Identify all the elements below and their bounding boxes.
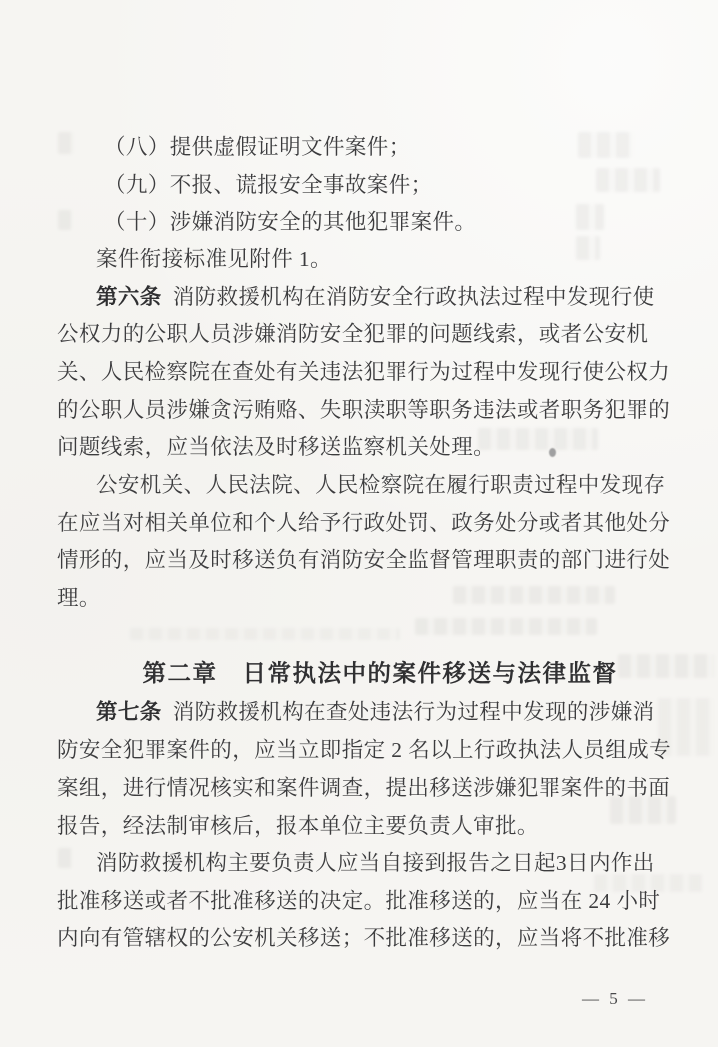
article-7-line-1: 第七条消防救援机构在查处违法行为过程中发现的涉嫌消: [96, 698, 655, 726]
article-7-number: 第七条: [96, 700, 162, 724]
bleed-through-mark: [58, 132, 74, 154]
attachment-note-line: 案件衔接标准见附件 1。: [96, 245, 332, 273]
bleed-through-mark: [576, 236, 600, 260]
article-7-line-2: 防安全犯罪案件的，应当立即指定 2 名以上行政执法人员组成专: [57, 736, 671, 764]
bleed-through-mark: [58, 210, 72, 230]
article-6-para-2-line-1: 公安机关、人民法院、人民检察院在履行职责过程中发现存: [96, 471, 665, 499]
bleed-through-mark: [453, 586, 615, 604]
ink-speck: [549, 448, 556, 457]
page-number: — 5 —: [582, 989, 648, 1009]
list-item-ten: （十）涉嫌消防安全的其他犯罪案件。: [104, 208, 476, 236]
article-6-line-1-text: 消防救援机构在消防安全行政执法过程中发现行使: [173, 285, 655, 309]
article-6-line-1: 第六条消防救援机构在消防安全行政执法过程中发现行使: [96, 283, 655, 311]
bleed-through-mark: [578, 132, 634, 158]
bleed-through-mark: [58, 848, 72, 868]
document-page: （八）提供虚假证明文件案件； （九）不报、谎报安全事故案件； （十）涉嫌消防安全…: [0, 0, 718, 1047]
bleed-through-mark: [130, 628, 400, 640]
article-6-line-5: 问题线索，应当依法及时移送监察机关处理。: [57, 433, 495, 461]
article-7-line-4: 报告，经法制审核后，报本单位主要负责人审批。: [57, 812, 539, 840]
article-6-line-2: 公权力的公职人员涉嫌消防安全犯罪的问题线索，或者公安机: [57, 320, 648, 348]
article-7-para-2-line-1: 消防救援机构主要负责人应当自接到报告之日起3日内作出: [96, 849, 655, 877]
chapter-heading: 第二章 日常执法中的案件移送与法律监督: [80, 654, 680, 688]
article-7-para-2-line-2: 批准移送或者不批准移送的决定。批准移送的，应当在 24 小时: [57, 887, 660, 915]
article-7-line-1-text: 消防救援机构在查处违法行为过程中发现的涉嫌消: [173, 700, 655, 724]
bleed-through-mark: [478, 428, 598, 450]
article-6-line-4: 的公职人员涉嫌贪污贿赂、失职渎职等职务违法或者职务犯罪的: [57, 396, 670, 424]
article-7-line-3: 案组，进行情况核实和案件调查，提出移送涉嫌犯罪案件的书面: [57, 774, 670, 802]
article-6-para-2-line-4: 理。: [57, 584, 101, 612]
list-item-nine: （九）不报、谎报安全事故案件；: [104, 171, 433, 199]
article-6-line-3: 关、人民检察院在查处有关违法犯罪行为过程中发现行使公权力: [57, 358, 670, 386]
article-6-para-2-line-3: 情形的，应当及时移送负有消防安全监督管理职责的部门进行处: [57, 546, 670, 574]
list-item-eight: （八）提供虚假证明文件案件；: [104, 133, 411, 161]
article-6-number: 第六条: [96, 285, 162, 309]
article-6-para-2-line-2: 在应当对相关单位和个人给予行政处罚、政务处分或者其他处分: [57, 509, 670, 537]
bleed-through-mark: [576, 204, 604, 230]
article-7-para-2-line-3: 内向有管辖权的公安机关移送；不批准移送的，应当将不批准移: [57, 924, 670, 952]
bleed-through-mark: [415, 618, 597, 635]
bleed-through-mark: [596, 168, 660, 192]
